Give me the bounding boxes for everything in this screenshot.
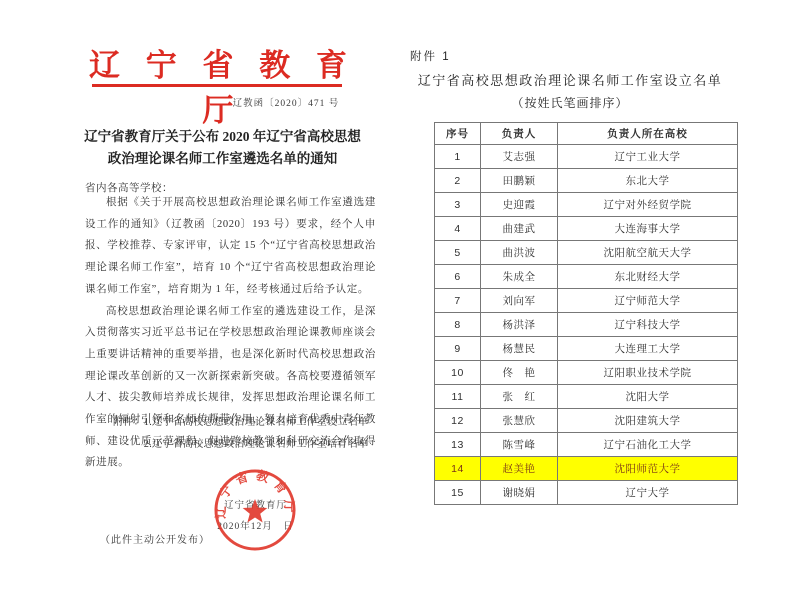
cell-school: 大连海事大学 (558, 217, 738, 241)
attachment-list: 附件： 1.辽宁省高校思想政治理论课名师工作室设立名单 2.辽宁省高校思想政治理… (113, 412, 368, 456)
header-divider (92, 84, 342, 87)
cell-name: 曲洪波 (481, 241, 558, 265)
document-title-line2: 政治理论课名师工作室遴选名单的通知 (60, 148, 385, 170)
cell-school: 大连理工大学 (558, 337, 738, 361)
cell-name: 赵美艳 (481, 457, 558, 481)
cell-name: 史迎霞 (481, 193, 558, 217)
table-row: 4曲建武大连海事大学 (435, 217, 738, 241)
table-row: 7刘向军辽宁师范大学 (435, 289, 738, 313)
cell-school: 辽宁师范大学 (558, 289, 738, 313)
table-row: 12张慧欣沈阳建筑大学 (435, 409, 738, 433)
cell-school: 沈阳航空航天大学 (558, 241, 738, 265)
table-row: 8杨洪泽辽宁科技大学 (435, 313, 738, 337)
appendix-page: 附件 1 辽宁省高校思想政治理论课名师工作室设立名单 （按姓氏笔画排序） 序号 … (395, 0, 800, 600)
cell-seq: 15 (435, 481, 481, 505)
attachment-item-2: 2.辽宁省高校思想政治理论课名师工作室培育名单 (144, 434, 368, 456)
attachment-label: 附件： (113, 412, 144, 456)
document-number: 辽教函〔2020〕471 号 (180, 95, 392, 109)
table-row: 10佟 艳辽阳职业技术学院 (435, 361, 738, 385)
notice-page: 辽 宁 省 教 育 厅 辽教函〔2020〕471 号 辽宁省教育厅关于公布 20… (0, 0, 395, 600)
cell-name: 田鹏颖 (481, 169, 558, 193)
cell-school: 辽宁对外经贸学院 (558, 193, 738, 217)
cell-school: 辽阳职业技术学院 (558, 361, 738, 385)
table-row: 14赵美艳沈阳师范大学 (435, 457, 738, 481)
cell-seq: 11 (435, 385, 481, 409)
attachment-item-1: 1.辽宁省高校思想政治理论课名师工作室设立名单 (144, 412, 368, 434)
cell-seq: 3 (435, 193, 481, 217)
cell-seq: 9 (435, 337, 481, 361)
cell-seq: 2 (435, 169, 481, 193)
appendix-number: 附件 1 (410, 48, 451, 64)
paragraph-1: 根据《关于开展高校思想政治理论课名师工作室遴选建设工作的通知》（辽教函〔2020… (85, 192, 376, 301)
cell-school: 沈阳大学 (558, 385, 738, 409)
cell-school: 辽宁工业大学 (558, 145, 738, 169)
cell-school: 东北财经大学 (558, 265, 738, 289)
document-title-line1: 辽宁省教育厅关于公布 2020 年辽宁省高校思想 (60, 126, 385, 148)
cell-name: 朱成全 (481, 265, 558, 289)
public-release-note: （此件主动公开发布） (100, 531, 210, 546)
cell-name: 张慧欣 (481, 409, 558, 433)
cell-school: 沈阳师范大学 (558, 457, 738, 481)
cell-school: 辽宁石油化工大学 (558, 433, 738, 457)
table-row: 2田鹏颖东北大学 (435, 169, 738, 193)
cell-name: 谢晓娟 (481, 481, 558, 505)
appendix-subtitle: （按姓氏笔画排序） (395, 94, 745, 111)
table-row: 11张 红沈阳大学 (435, 385, 738, 409)
cell-seq: 6 (435, 265, 481, 289)
table-row: 15谢晓娟辽宁大学 (435, 481, 738, 505)
document-title: 辽宁省教育厅关于公布 2020 年辽宁省高校思想 政治理论课名师工作室遴选名单的… (60, 126, 385, 170)
workstation-table-body: 1艾志强辽宁工业大学2田鹏颖东北大学3史迎霞辽宁对外经贸学院4曲建武大连海事大学… (435, 145, 738, 505)
cell-seq: 12 (435, 409, 481, 433)
cell-seq: 1 (435, 145, 481, 169)
table-row: 5曲洪波沈阳航空航天大学 (435, 241, 738, 265)
cell-seq: 13 (435, 433, 481, 457)
scanned-document-view: 辽 宁 省 教 育 厅 辽教函〔2020〕471 号 辽宁省教育厅关于公布 20… (0, 0, 800, 600)
official-seal-icon: 辽宁省教育厅 (209, 464, 301, 556)
cell-school: 沈阳建筑大学 (558, 409, 738, 433)
cell-seq: 4 (435, 217, 481, 241)
cell-school: 辽宁科技大学 (558, 313, 738, 337)
cell-name: 刘向军 (481, 289, 558, 313)
cell-name: 艾志强 (481, 145, 558, 169)
workstation-roster-table: 序号 负责人 负责人所在高校 1艾志强辽宁工业大学2田鹏颖东北大学3史迎霞辽宁对… (434, 122, 738, 505)
column-header-seq: 序号 (435, 123, 481, 145)
seal-star-icon (243, 499, 268, 523)
cell-school: 东北大学 (558, 169, 738, 193)
cell-name: 陈雪峰 (481, 433, 558, 457)
cell-name: 杨洪泽 (481, 313, 558, 337)
cell-seq: 7 (435, 289, 481, 313)
table-header-row: 序号 负责人 负责人所在高校 (435, 123, 738, 145)
cell-seq: 14 (435, 457, 481, 481)
cell-seq: 5 (435, 241, 481, 265)
cell-name: 曲建武 (481, 217, 558, 241)
column-header-school: 负责人所在高校 (558, 123, 738, 145)
cell-seq: 10 (435, 361, 481, 385)
table-row: 1艾志强辽宁工业大学 (435, 145, 738, 169)
table-row: 6朱成全东北财经大学 (435, 265, 738, 289)
table-row: 9杨慧民大连理工大学 (435, 337, 738, 361)
cell-name: 佟 艳 (481, 361, 558, 385)
cell-seq: 8 (435, 313, 481, 337)
cell-name: 杨慧民 (481, 337, 558, 361)
table-row: 13陈雪峰辽宁石油化工大学 (435, 433, 738, 457)
cell-school: 辽宁大学 (558, 481, 738, 505)
column-header-name: 负责人 (481, 123, 558, 145)
appendix-title: 辽宁省高校思想政治理论课名师工作室设立名单 (395, 70, 745, 89)
table-row: 3史迎霞辽宁对外经贸学院 (435, 193, 738, 217)
cell-name: 张 红 (481, 385, 558, 409)
